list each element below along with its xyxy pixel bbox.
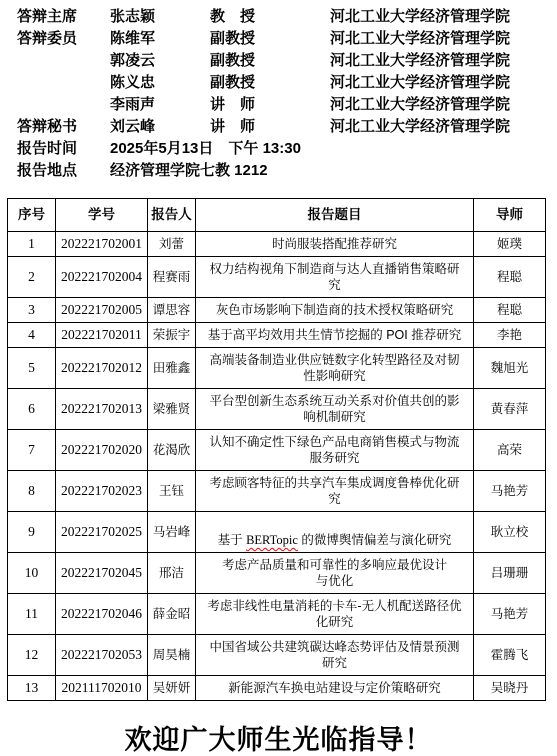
supervisor-cell: 程聪 <box>474 257 546 298</box>
student-id-cell: 202221702045 <box>56 553 148 594</box>
report-venue-label: 报告地点 <box>17 160 110 182</box>
student-id-cell: 202221702011 <box>56 323 148 348</box>
seq-cell: 9 <box>8 512 56 553</box>
report-time-line: 报告时间 2025年5月13日 下午 13:30 <box>17 138 557 160</box>
person-title: 教 授 <box>210 6 330 28</box>
table-row: 4 202221702011 荣振宇 基于高平均效用共生情节挖掘的 POI 推荐… <box>8 323 546 348</box>
title-cell: 新能源汽车换电站建设与定价策略研究 <box>196 676 474 701</box>
committee-line: 答辩秘书 刘云峰 讲 师 河北工业大学经济管理学院 <box>17 116 557 138</box>
person-name: 陈维军 <box>110 28 210 50</box>
supervisor-cell: 黄春萍 <box>474 389 546 430</box>
seq-cell: 2 <box>8 257 56 298</box>
title-text: 的微博舆情偏差与演化研究 <box>298 533 451 547</box>
seq-cell: 10 <box>8 553 56 594</box>
supervisor-cell: 魏旭光 <box>474 348 546 389</box>
presenter-cell: 周昊楠 <box>148 635 196 676</box>
role-label <box>17 72 110 94</box>
report-time-label: 报告时间 <box>17 138 110 160</box>
table-row: 7 202221702020 花渴欣 认知不确定性下绿色产品电商销售模式与物流 … <box>8 430 546 471</box>
seq-cell: 4 <box>8 323 56 348</box>
student-id-cell: 202221702020 <box>56 430 148 471</box>
presenter-cell: 花渴欣 <box>148 430 196 471</box>
title-cell: 考虑顾客特征的共享汽车集成调度鲁棒优化研 究 <box>196 471 474 512</box>
person-name: 陈义忠 <box>110 72 210 94</box>
seq-cell: 5 <box>8 348 56 389</box>
person-affiliation: 河北工业大学经济管理学院 <box>330 50 557 72</box>
title-cell: 中国省域公共建筑碳达峰态势评估及情景预测 研究 <box>196 635 474 676</box>
presenter-cell: 王钰 <box>148 471 196 512</box>
supervisor-cell: 程聪 <box>474 298 546 323</box>
presenter-cell: 吴妍妍 <box>148 676 196 701</box>
schedule-table: 序号 学号 报告人 报告题目 导师 1 202221702001 刘蕾 时尚服装… <box>7 198 546 701</box>
presenter-cell: 谭思容 <box>148 298 196 323</box>
seq-cell: 12 <box>8 635 56 676</box>
seq-cell: 3 <box>8 298 56 323</box>
table-row: 12 202221702053 周昊楠 中国省域公共建筑碳达峰态势评估及情景预测… <box>8 635 546 676</box>
table-row: 1 202221702001 刘蕾 时尚服装搭配推荐研究 姬璞 <box>8 232 546 257</box>
presenter-cell: 田雅鑫 <box>148 348 196 389</box>
person-name: 李雨声 <box>110 94 210 116</box>
header-cell-supervisor: 导师 <box>474 199 546 232</box>
presenter-cell: 程赛雨 <box>148 257 196 298</box>
supervisor-cell: 霍腾飞 <box>474 635 546 676</box>
person-name: 张志颖 <box>110 6 210 28</box>
report-venue-value: 经济管理学院七教 1212 <box>110 160 210 182</box>
student-id-cell: 202221702023 <box>56 471 148 512</box>
table-row: 13 202111702010 吴妍妍 新能源汽车换电站建设与定价策略研究 吴晓… <box>8 676 546 701</box>
table-row: 6 202221702013 梁雅贤 平台型创新生态系统互动关系对价值共创的影 … <box>8 389 546 430</box>
table-row: 3 202221702005 谭思容 灰色市场影响下制造商的技术授权策略研究 程… <box>8 298 546 323</box>
title-text: 基于 <box>218 533 246 547</box>
student-id-cell: 202111702010 <box>56 676 148 701</box>
report-time-value: 2025年5月13日 下午 13:30 <box>110 138 210 160</box>
person-title: 讲 师 <box>210 94 330 116</box>
presenter-cell: 梁雅贤 <box>148 389 196 430</box>
person-name: 刘云峰 <box>110 116 210 138</box>
student-id-cell: 202221702025 <box>56 512 148 553</box>
person-title: 副教授 <box>210 28 330 50</box>
role-label: 答辩委员 <box>17 28 110 50</box>
supervisor-cell: 吴晓丹 <box>474 676 546 701</box>
table-row: 5 202221702012 田雅鑫 高端装备制造业供应链数字化转型路径及对韧 … <box>8 348 546 389</box>
table-row: 10 202221702045 邢洁 考虑产品质量和可靠性的多响应最优设计 与优… <box>8 553 546 594</box>
table-row: 11 202221702046 薛金昭 考虑非线性电量消耗的卡车-无人机配送路径… <box>8 594 546 635</box>
role-label <box>17 50 110 72</box>
header-cell-title: 报告题目 <box>196 199 474 232</box>
supervisor-cell: 李艳 <box>474 323 546 348</box>
supervisor-cell: 马艳芳 <box>474 471 546 512</box>
role-label <box>17 94 110 116</box>
committee-line: 李雨声 讲 师 河北工业大学经济管理学院 <box>17 94 557 116</box>
title-cell: 时尚服装搭配推荐研究 <box>196 232 474 257</box>
welcome-banner: 欢迎广大师生光临指导！ <box>0 718 557 756</box>
misspelled-word: BERTopic <box>246 533 298 547</box>
supervisor-cell: 高荣 <box>474 430 546 471</box>
person-affiliation: 河北工业大学经济管理学院 <box>330 28 557 50</box>
person-affiliation: 河北工业大学经济管理学院 <box>330 72 557 94</box>
title-cell: 考虑产品质量和可靠性的多响应最优设计 与优化 <box>196 553 474 594</box>
title-cell: 基于高平均效用共生情节挖掘的 POI 推荐研究 <box>196 323 474 348</box>
seq-cell: 1 <box>8 232 56 257</box>
report-venue-line: 报告地点 经济管理学院七教 1212 <box>17 160 557 182</box>
role-label: 答辩主席 <box>17 6 110 28</box>
student-id-cell: 202221702005 <box>56 298 148 323</box>
person-affiliation: 河北工业大学经济管理学院 <box>330 116 557 138</box>
student-id-cell: 202221702053 <box>56 635 148 676</box>
student-id-cell: 202221702013 <box>56 389 148 430</box>
presenter-cell: 马岩峰 <box>148 512 196 553</box>
person-name: 郭凌云 <box>110 50 210 72</box>
title-cell: 灰色市场影响下制造商的技术授权策略研究 <box>196 298 474 323</box>
title-cell: 平台型创新生态系统互动关系对价值共创的影 响机制研究 <box>196 389 474 430</box>
seq-cell: 13 <box>8 676 56 701</box>
supervisor-cell: 吕珊珊 <box>474 553 546 594</box>
presenter-cell: 刘蕾 <box>148 232 196 257</box>
person-title: 副教授 <box>210 50 330 72</box>
title-cell: 考虑非线性电量消耗的卡车-无人机配送路径优 化研究 <box>196 594 474 635</box>
header-cell-student-id: 学号 <box>56 199 148 232</box>
seq-cell: 11 <box>8 594 56 635</box>
committee-line: 答辩委员 陈维军 副教授 河北工业大学经济管理学院 <box>17 28 557 50</box>
person-title: 讲 师 <box>210 116 330 138</box>
header-cell-no: 序号 <box>8 199 56 232</box>
title-cell: 基于 BERTopic 的微博舆情偏差与演化研究 <box>196 512 474 553</box>
table-row: 2 202221702004 程赛雨 权力结构视角下制造商与达人直播销售策略研 … <box>8 257 546 298</box>
person-affiliation: 河北工业大学经济管理学院 <box>330 94 557 116</box>
seq-cell: 7 <box>8 430 56 471</box>
supervisor-cell: 马艳芳 <box>474 594 546 635</box>
student-id-cell: 202221702046 <box>56 594 148 635</box>
student-id-cell: 202221702001 <box>56 232 148 257</box>
role-label: 答辩秘书 <box>17 116 110 138</box>
title-cell: 认知不确定性下绿色产品电商销售模式与物流 服务研究 <box>196 430 474 471</box>
seq-cell: 6 <box>8 389 56 430</box>
person-title: 副教授 <box>210 72 330 94</box>
student-id-cell: 202221702004 <box>56 257 148 298</box>
presenter-cell: 薛金昭 <box>148 594 196 635</box>
title-cell: 高端装备制造业供应链数字化转型路径及对韧 性影响研究 <box>196 348 474 389</box>
table-row: 8 202221702023 王钰 考虑顾客特征的共享汽车集成调度鲁棒优化研 究… <box>8 471 546 512</box>
seq-cell: 8 <box>8 471 56 512</box>
header-cell-presenter: 报告人 <box>148 199 196 232</box>
student-id-cell: 202221702012 <box>56 348 148 389</box>
title-cell: 权力结构视角下制造商与达人直播销售策略研 究 <box>196 257 474 298</box>
presenter-cell: 邢洁 <box>148 553 196 594</box>
committee-section: 答辩主席 张志颖 教 授 河北工业大学经济管理学院 答辩委员 陈维军 副教授 河… <box>0 6 557 182</box>
table-row: 9 202221702025 马岩峰 基于 BERTopic 的微博舆情偏差与演… <box>8 512 546 553</box>
presenter-cell: 荣振宇 <box>148 323 196 348</box>
person-affiliation: 河北工业大学经济管理学院 <box>330 6 557 28</box>
committee-line: 陈义忠 副教授 河北工业大学经济管理学院 <box>17 72 557 94</box>
document-page: 答辩主席 张志颖 教 授 河北工业大学经济管理学院 答辩委员 陈维军 副教授 河… <box>0 0 557 756</box>
committee-line: 答辩主席 张志颖 教 授 河北工业大学经济管理学院 <box>17 6 557 28</box>
table-header-row: 序号 学号 报告人 报告题目 导师 <box>8 199 546 232</box>
supervisor-cell: 耿立校 <box>474 512 546 553</box>
supervisor-cell: 姬璞 <box>474 232 546 257</box>
committee-line: 郭凌云 副教授 河北工业大学经济管理学院 <box>17 50 557 72</box>
